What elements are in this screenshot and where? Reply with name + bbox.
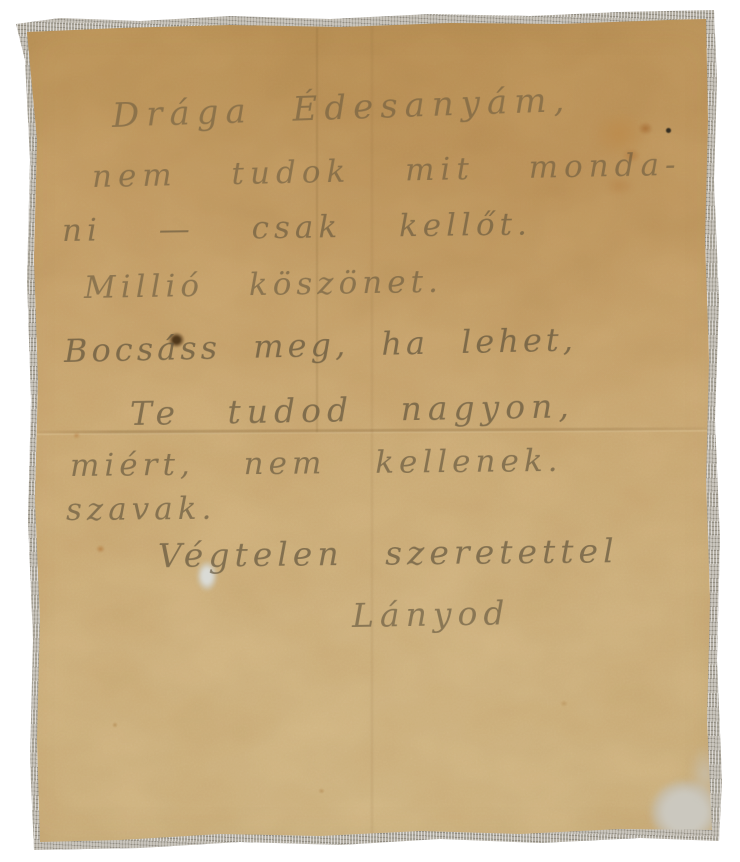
letter-paper: Drága Édesanyám, nem tudok mit monda- ni… — [0, 0, 740, 862]
letter-photo: Drága Édesanyám, nem tudok mit monda- ni… — [0, 0, 740, 862]
handwriting: Drága Édesanyám, nem tudok mit monda- ni… — [0, 0, 740, 862]
handwritten-line: ni — csak kellőt. — [62, 206, 532, 249]
handwritten-line: miért, nem kellenek. — [70, 443, 563, 484]
handwritten-line: szavak. — [66, 491, 217, 528]
handwritten-line-signature: Lányod — [352, 593, 511, 635]
handwritten-line-salutation: Drága Édesanyám, — [111, 80, 572, 136]
handwritten-line: Bocsáss meg, ha lehet, — [64, 320, 578, 370]
handwritten-line-closing: Végtelen szeretettel — [158, 531, 619, 575]
handwritten-line: nem tudok mit monda- — [92, 147, 682, 195]
handwritten-line: Te tudod nagyon, — [130, 386, 576, 433]
handwritten-line: Millió köszönet. — [84, 264, 443, 306]
